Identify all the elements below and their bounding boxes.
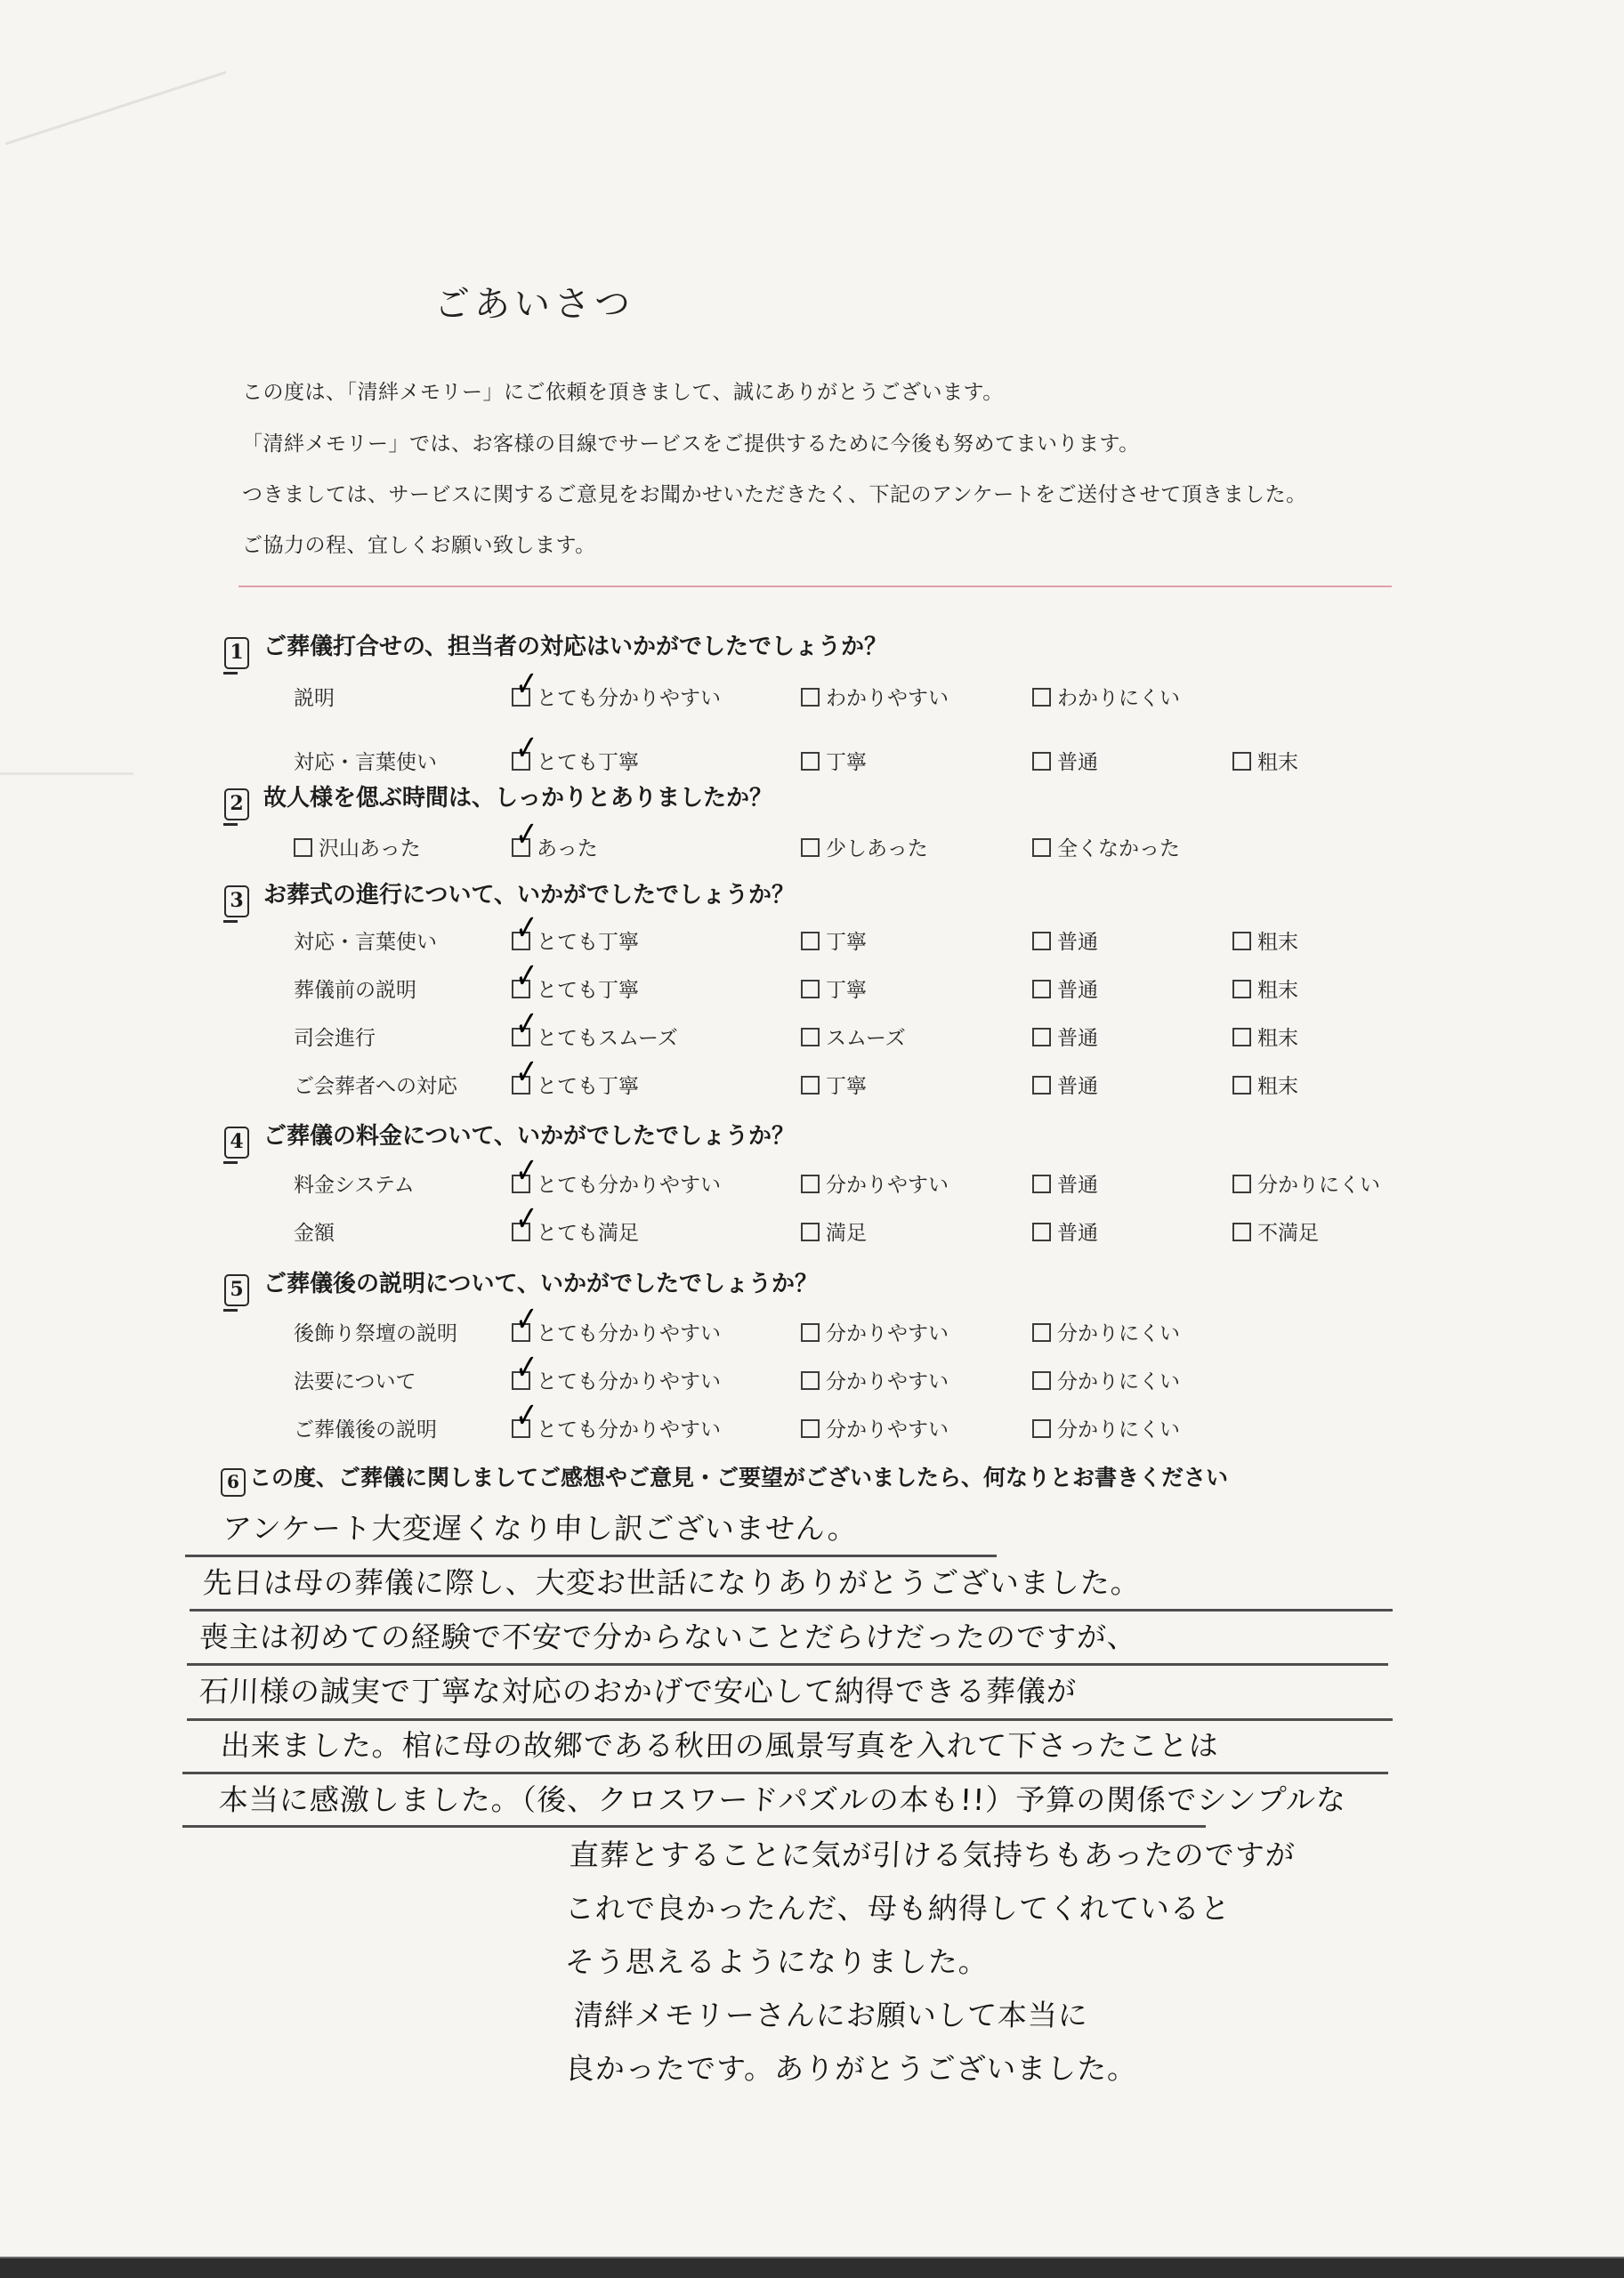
- row-label: 葬儀前の説明: [294, 973, 416, 1003]
- option-label: 丁寧: [826, 979, 867, 1002]
- checkbox: [801, 932, 820, 950]
- checkbox-option[interactable]: ✓普通: [1032, 973, 1098, 1003]
- option-label: 粗末: [1257, 751, 1298, 774]
- checkbox-option[interactable]: ✓不満足: [1232, 1216, 1319, 1246]
- option-label: 分かりやすい: [826, 1322, 949, 1345]
- checkbox-option[interactable]: ✓全くなかった: [1032, 832, 1180, 861]
- option-label: 普通: [1057, 979, 1098, 1002]
- writing-rule-line: [182, 1772, 1388, 1774]
- checkbox-option[interactable]: ✓スムーズ: [801, 1022, 906, 1051]
- option-label: 粗末: [1257, 979, 1298, 1002]
- checkbox: [1032, 838, 1051, 857]
- checkbox: [1032, 1323, 1051, 1342]
- checkbox-option[interactable]: ✓普通: [1032, 1070, 1098, 1099]
- handwritten-line: これで良かったんだ、母も納得してくれていると: [564, 1886, 1232, 1927]
- writing-rule-line: [187, 1718, 1393, 1721]
- question-4-row-amount: 金額 ✓とても満足 ✓満足 ✓普通 ✓不満足: [0, 1216, 1624, 1257]
- checkbox: [801, 980, 820, 998]
- question-3-header: 3お葬式の進行について、いかがでしたでしょうか？: [224, 876, 795, 917]
- checkbox: [801, 1419, 820, 1438]
- checkbox-option[interactable]: ✓とても分かりやすい: [512, 682, 721, 711]
- option-label: とても丁寧: [537, 751, 639, 774]
- handwritten-line: 先日は母の葬儀に際し、大変お世話になりありがとうございました。: [202, 1560, 1142, 1602]
- writing-rule-line: [185, 1555, 997, 1557]
- checkbox-option[interactable]: ✓普通: [1032, 746, 1098, 775]
- handwritten-line: 出来ました。棺に母の故郷である秋田の風景写真を入れて下さったことは: [220, 1723, 1220, 1765]
- question-number-box: 5: [224, 1274, 249, 1306]
- option-label: 普通: [1057, 1027, 1098, 1050]
- checkbox-option[interactable]: ✓分かりやすい: [801, 1168, 949, 1198]
- checkbox-option[interactable]: ✓粗末: [1232, 925, 1298, 955]
- checkbox: [1032, 932, 1051, 950]
- checkbox: [801, 1323, 820, 1342]
- checkbox-option[interactable]: ✓わかりやすい: [801, 682, 949, 711]
- row-label: 法要について: [294, 1365, 416, 1394]
- row-label: 対応・言葉使い: [294, 746, 437, 775]
- checkbox-option[interactable]: ✓分かりにくい: [1032, 1365, 1180, 1394]
- row-label: 後飾り祭壇の説明: [294, 1317, 457, 1346]
- checkbox: [1232, 1076, 1251, 1095]
- scan-crease: [5, 71, 226, 145]
- checkbox-option[interactable]: ✓とても分かりやすい: [512, 1413, 721, 1442]
- question-text: ご葬儀打合せの、担当者の対応はいかがでしたでしょうか？: [263, 634, 887, 660]
- question-number-box: 4: [224, 1127, 249, 1159]
- checkmark-icon: ✓: [515, 666, 537, 702]
- question-5-row-altar: 後飾り祭壇の説明 ✓とても分かりやすい ✓分かりやすい ✓分かりにくい: [0, 1317, 1624, 1358]
- writing-rule-line: [182, 1825, 1206, 1828]
- intro-line: ご協力の程、宜しくお願い致します。: [242, 529, 596, 558]
- checkbox: [801, 1371, 820, 1390]
- handwritten-line: 直葬とすることに気が引ける気持ちもあったのですが: [569, 1832, 1296, 1874]
- option-label: 少しあった: [826, 837, 928, 860]
- checkbox-option[interactable]: ✓普通: [1032, 925, 1098, 955]
- checkmark-icon: ✓: [515, 958, 537, 994]
- option-label: 丁寧: [826, 751, 867, 774]
- handwritten-line: 良かったです。ありがとうございました。: [564, 2046, 1138, 2088]
- option-label: 分かりにくい: [1057, 1322, 1180, 1345]
- option-label: 分かりにくい: [1257, 1174, 1380, 1197]
- option-label: 粗末: [1257, 1075, 1298, 1098]
- question-2-header: 2故人様を偲ぶ時間は、しっかりとありましたか？: [224, 780, 772, 820]
- intro-line: 「清絆メモリー」では、お客様の目線でサービスをご提供するために今後も努めてまいり…: [242, 427, 1140, 456]
- question-3-row-manner: 対応・言葉使い ✓とても丁寧 ✓丁寧 ✓普通 ✓粗末: [0, 925, 1624, 966]
- handwritten-line: 本当に感激しました。（後、クロスワードパズルの本も!!）予算の関係でシンプルな: [218, 1777, 1347, 1819]
- checkmark-icon: ✓: [515, 910, 537, 946]
- checkbox-option[interactable]: ✓丁寧: [801, 973, 867, 1003]
- checkmark-icon: ✓: [515, 1302, 537, 1337]
- checkbox-option[interactable]: ✓少しあった: [801, 832, 928, 861]
- checkmark-icon: ✓: [515, 1006, 537, 1042]
- checkbox: [1232, 1028, 1251, 1046]
- row-label: 司会進行: [294, 1022, 376, 1051]
- option-label: わかりやすい: [826, 687, 949, 710]
- checkbox: [801, 752, 820, 771]
- checkbox-option[interactable]: ✓分かりやすい: [801, 1317, 949, 1346]
- option-label: 分かりやすい: [826, 1370, 949, 1393]
- question-text: ご葬儀の料金について、いかがでしたでしょうか？: [263, 1123, 795, 1150]
- option-label: 満足: [826, 1222, 867, 1245]
- checkbox-option[interactable]: ✓とても丁寧: [512, 1070, 639, 1099]
- checkbox: [1032, 1028, 1051, 1046]
- question-text: 故人様を偲ぶ時間は、しっかりとありましたか？: [263, 785, 772, 812]
- row-label: 説明: [294, 682, 335, 711]
- option-label: とても分かりやすい: [537, 1418, 721, 1442]
- option-label: 丁寧: [826, 1075, 867, 1098]
- option-label: とてもスムーズ: [537, 1027, 678, 1050]
- checkbox-option[interactable]: ✓沢山あった: [294, 832, 421, 861]
- checkbox: [1032, 980, 1051, 998]
- checkbox: [801, 688, 820, 707]
- checkbox-option[interactable]: ✓粗末: [1232, 973, 1298, 1003]
- option-label: とても分かりやすい: [537, 1174, 721, 1197]
- question-text: お葬式の進行について、いかがでしたでしょうか？: [263, 882, 795, 909]
- checkbox-option[interactable]: ✓わかりにくい: [1032, 682, 1180, 711]
- checkbox-option[interactable]: ✓とても分かりやすい: [512, 1168, 721, 1198]
- option-label: 分かりやすい: [826, 1174, 949, 1197]
- scan-edge-strip: [0, 2257, 1624, 2278]
- question-text: この度、ご葬儀に関しましてご感想やご意見・ご要望がございましたら、何なりとお書き…: [249, 1465, 1228, 1490]
- checkbox-option[interactable]: ✓丁寧: [801, 925, 867, 955]
- row-label: 対応・言葉使い: [294, 925, 437, 955]
- checkbox: [801, 838, 820, 857]
- row-label: ご葬儀後の説明: [294, 1413, 437, 1442]
- checkmark-icon: ✓: [515, 1398, 537, 1434]
- checkbox-option[interactable]: ✓とても丁寧: [512, 746, 639, 775]
- option-label: 普通: [1057, 931, 1098, 954]
- checkbox-option[interactable]: ✓とても丁寧: [512, 973, 639, 1003]
- checkbox: [1232, 1223, 1251, 1241]
- option-label: 沢山あった: [319, 837, 421, 860]
- checkbox-option[interactable]: ✓とても満足: [512, 1216, 639, 1246]
- intro-line: つきましては、サービスに関するご意見をお聞かせいただきたく、下記のアンケートをご…: [242, 478, 1307, 507]
- option-label: あった: [537, 837, 598, 860]
- option-label: 分かりやすい: [826, 1418, 949, 1442]
- question-5-row-after: ご葬儀後の説明 ✓とても分かりやすい ✓分かりやすい ✓分かりにくい: [0, 1413, 1624, 1454]
- question-number-box: 2: [224, 788, 249, 820]
- option-label: とても分かりやすい: [537, 1370, 721, 1393]
- question-4-row-system: 料金システム ✓とても分かりやすい ✓分かりやすい ✓普通 ✓分かりにくい: [0, 1168, 1624, 1209]
- checkbox: [1032, 688, 1051, 707]
- writing-rule-line: [187, 1663, 1388, 1666]
- handwritten-line: 石川様の誠実で丁寧な対応のおかげで安心して納得できる葬儀が: [198, 1668, 1078, 1710]
- handwritten-line: アンケート大変遅くなり申し訳ございません。: [222, 1506, 859, 1547]
- page-title: ごあいさつ: [434, 276, 634, 327]
- checkbox: [1032, 1223, 1051, 1241]
- checkbox-option[interactable]: ✓分かりやすい: [801, 1365, 949, 1394]
- question-number-box: 6: [221, 1468, 246, 1497]
- option-label: 普通: [1057, 1075, 1098, 1098]
- option-label: とても丁寧: [537, 979, 639, 1002]
- question-3-row-pre-explanation: 葬儀前の説明 ✓とても丁寧 ✓丁寧 ✓普通 ✓粗末: [0, 973, 1624, 1014]
- option-label: とても丁寧: [537, 1075, 639, 1098]
- checkbox: [1232, 752, 1251, 771]
- checkbox-option[interactable]: ✓とてもスムーズ: [512, 1022, 678, 1051]
- checkbox-option[interactable]: ✓普通: [1032, 1216, 1098, 1246]
- option-label: 普通: [1057, 1174, 1098, 1197]
- handwritten-line: 喪主は初めての経験で不安で分からないことだらけだったのですが、: [198, 1614, 1138, 1656]
- handwritten-line: 清絆メモリーさんにお願いして本当に: [573, 1992, 1089, 2034]
- checkbox-option[interactable]: ✓分かりにくい: [1032, 1317, 1180, 1346]
- checkbox: [801, 1223, 820, 1241]
- checkbox-option[interactable]: ✓普通: [1032, 1022, 1098, 1051]
- checkbox: [1032, 1419, 1051, 1438]
- checkmark-icon: ✓: [515, 731, 537, 766]
- checkbox-option[interactable]: ✓普通: [1032, 1168, 1098, 1198]
- option-label: 普通: [1057, 1222, 1098, 1245]
- option-label: 分かりにくい: [1057, 1370, 1180, 1393]
- scanned-survey-page: ごあいさつ この度は、「清絆メモリー」にご依頼を頂きまして、誠にありがとうござい…: [0, 0, 1624, 2278]
- question-number-box: 3: [224, 885, 249, 917]
- option-label: 粗末: [1257, 931, 1298, 954]
- option-label: わかりにくい: [1057, 687, 1180, 710]
- checkbox: [1032, 1175, 1051, 1193]
- question-text: ご葬儀後の説明について、いかがでしたでしょうか？: [263, 1271, 818, 1297]
- question-number-box: 1: [224, 637, 249, 669]
- checkbox: [801, 1028, 820, 1046]
- checkbox-option[interactable]: ✓とても分かりやすい: [512, 1317, 721, 1346]
- checkmark-icon: ✓: [515, 1201, 537, 1237]
- checkbox: [1232, 980, 1251, 998]
- checkbox: [1032, 1371, 1051, 1390]
- option-label: とても満足: [537, 1222, 639, 1245]
- question-2-row: ✓沢山あった ✓あった ✓少しあった ✓全くなかった: [0, 832, 1624, 873]
- checkbox-option[interactable]: ✓分かりやすい: [801, 1413, 949, 1442]
- checkbox-option[interactable]: ✓粗末: [1232, 1070, 1298, 1099]
- checkbox: [801, 1175, 820, 1193]
- checkbox: [1032, 1076, 1051, 1095]
- option-label: スムーズ: [826, 1027, 906, 1050]
- option-label: とても分かりやすい: [537, 687, 721, 710]
- option-label: 粗末: [1257, 1027, 1298, 1050]
- row-label: 料金システム: [294, 1168, 415, 1198]
- checkbox-option[interactable]: ✓丁寧: [801, 746, 867, 775]
- option-label: 普通: [1057, 751, 1098, 774]
- checkbox: [1232, 1175, 1251, 1193]
- question-6-header: 6この度、ご葬儀に関しましてご感想やご意見・ご要望がございましたら、何なりとお書…: [221, 1460, 1228, 1497]
- option-label: とても分かりやすい: [537, 1322, 721, 1345]
- option-label: とても丁寧: [537, 931, 639, 954]
- handwritten-line: そう思えるようになりました。: [564, 1939, 990, 1981]
- checkbox: [294, 838, 312, 857]
- question-4-header: 4ご葬儀の料金について、いかがでしたでしょうか？: [224, 1118, 795, 1159]
- row-label: 金額: [294, 1216, 335, 1246]
- question-3-row-mc: 司会進行 ✓とてもスムーズ ✓スムーズ ✓普通 ✓粗末: [0, 1022, 1624, 1062]
- question-3-row-attendees: ご会葬者への対応 ✓とても丁寧 ✓丁寧 ✓普通 ✓粗末: [0, 1070, 1624, 1111]
- writing-rule-line: [190, 1609, 1393, 1612]
- checkbox-option[interactable]: ✓粗末: [1232, 1022, 1298, 1051]
- checkbox-option[interactable]: ✓丁寧: [801, 1070, 867, 1099]
- row-label: ご会葬者への対応: [294, 1070, 457, 1099]
- checkbox-option[interactable]: ✓あった: [512, 832, 598, 861]
- option-label: 全くなかった: [1057, 837, 1180, 860]
- checkbox: [1032, 752, 1051, 771]
- divider-line: [238, 586, 1392, 587]
- checkbox-option[interactable]: ✓とても分かりやすい: [512, 1365, 721, 1394]
- option-label: 分かりにくい: [1057, 1418, 1180, 1442]
- checkbox-option[interactable]: ✓粗末: [1232, 746, 1298, 775]
- checkbox-option[interactable]: ✓分かりにくい: [1032, 1413, 1180, 1442]
- question-5-row-memorial: 法要について ✓とても分かりやすい ✓分かりやすい ✓分かりにくい: [0, 1365, 1624, 1406]
- option-label: 不満足: [1257, 1222, 1319, 1245]
- checkbox-option[interactable]: ✓満足: [801, 1216, 867, 1246]
- checkmark-icon: ✓: [515, 1153, 537, 1189]
- checkmark-icon: ✓: [515, 817, 537, 852]
- question-1-header: 1ご葬儀打合せの、担当者の対応はいかがでしたでしょうか？: [224, 628, 887, 669]
- checkmark-icon: ✓: [515, 1350, 537, 1385]
- checkbox-option[interactable]: ✓分かりにくい: [1232, 1168, 1380, 1198]
- intro-line: この度は、「清絆メモリー」にご依頼を頂きまして、誠にありがとうございます。: [242, 376, 1004, 405]
- option-label: 丁寧: [826, 931, 867, 954]
- checkbox: [801, 1076, 820, 1095]
- checkbox-option[interactable]: ✓とても丁寧: [512, 925, 639, 955]
- checkbox: [1232, 932, 1251, 950]
- checkmark-icon: ✓: [515, 1054, 537, 1090]
- question-1-row-explanation: 説明 ✓とても分かりやすい ✓わかりやすい ✓わかりにくい: [0, 682, 1624, 723]
